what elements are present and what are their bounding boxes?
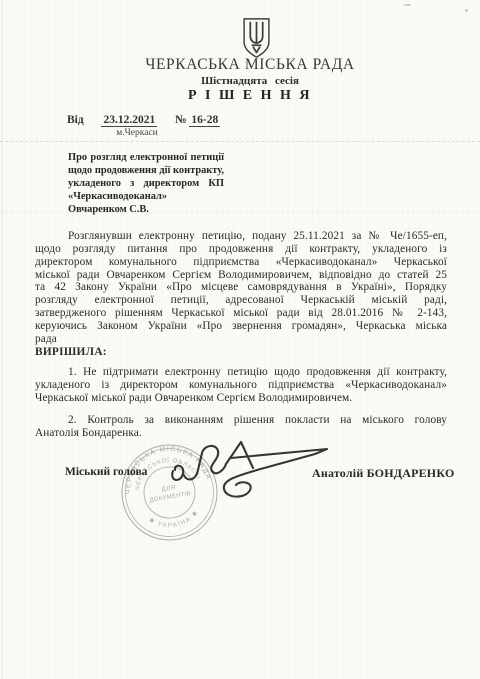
body-line: рада [35, 333, 447, 346]
number-label: № [175, 114, 187, 126]
scan-artifact-line [0, 141, 480, 142]
subject-block: Про розгляд електронної петиції щодо про… [68, 151, 224, 216]
signer-title: Міський голова [65, 466, 147, 478]
org-name: ЧЕРКАСЬКА МІСЬКА РАДА [20, 56, 480, 74]
ukraine-trident-emblem-icon [241, 17, 272, 59]
resolution-item-1: 1. Не підтримати електронну петицію щодо… [35, 366, 447, 405]
number-value: 16-28 [189, 114, 220, 127]
subject-line: «Черкасиводоканал» [68, 190, 224, 203]
date-line: Від 23.12.2021 № 16-28 [67, 114, 220, 126]
subject-line: укладеного з директором КП [68, 177, 224, 190]
subject-line: Про розгляд електронної петиції [68, 151, 224, 164]
body-line: міської ради Овчаренком Сергієм Володими… [35, 269, 447, 282]
subject-line: щодо продовження дії контракту, [68, 164, 224, 177]
scanned-decision-document: ЧЕРКАСЬКА МІСЬКА РАДА Шістнадцята сесія … [0, 0, 480, 679]
body-paragraph: Розглянувши електронну петицію, подану 2… [35, 230, 447, 358]
item-line: Черкаської міської ради Овчаренком Сергі… [35, 392, 447, 405]
session-line: Шістнадцята сесія [20, 75, 480, 87]
decision-title: Р І Ш Е Н Н Я [20, 88, 480, 104]
body-line: затвердженого рішенням Черкаської місько… [35, 307, 447, 320]
item-line: 2. Контроль за виконанням рішення поклас… [35, 414, 447, 427]
body-line: керуючись Законом України «Про звернення… [35, 320, 447, 333]
resolved-label: ВИРІШИЛА: [35, 346, 447, 359]
resolution-item-2: 2. Контроль за виконанням рішення поклас… [35, 414, 447, 440]
scan-speck [465, 9, 468, 12]
date-label: Від [67, 114, 84, 126]
subject-line: Овчаренком С.В. [68, 203, 224, 216]
signature-scrawl [165, 437, 395, 517]
body-line: розгляду електронної петиції, адресовано… [35, 294, 447, 307]
scan-speck [404, 4, 411, 6]
body-line: та 42 Закону України «Про місцеве самовр… [35, 281, 447, 294]
date-value: 23.12.2021 [101, 114, 157, 127]
body-line: Розглянувши електронну петицію, подану 2… [35, 230, 447, 243]
body-line: директором комунального підприємства «Че… [35, 256, 447, 269]
item-line: 1. Не підтримати електронну петицію щодо… [35, 366, 447, 379]
city-line: м.Черкаси [67, 128, 207, 138]
item-line: укладеного із директором комунального пі… [35, 379, 447, 392]
body-line: щодо розгляду питання про продовження ді… [35, 243, 447, 256]
